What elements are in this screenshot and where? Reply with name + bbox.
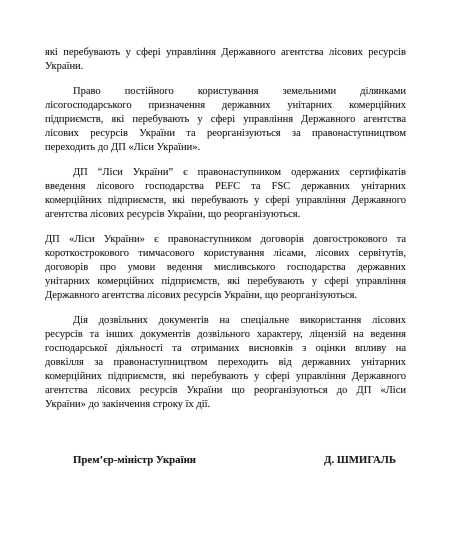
text-line: господарської діяльності та отриманих ви…	[45, 342, 406, 356]
paragraph: Дія дозвільних документів на спеціальне …	[45, 314, 406, 412]
paragraph: ДП “Ліси України” є правонаступником оде…	[45, 166, 406, 222]
text-line: договорів про умови ведення мисливського…	[45, 261, 406, 275]
text-line: ресурсів та інших документів дозвільного…	[45, 328, 406, 342]
text-line: комерційних підприємств, які перебувають…	[45, 194, 406, 208]
text-line: лісових ресурсів України та реорганізуют…	[45, 127, 406, 141]
signature-name: Д. ШМИГАЛЬ	[324, 453, 396, 467]
text-line: комерційних підприємств, які перебувають…	[45, 370, 406, 384]
text-line: введення лісового господарства PEFC та F…	[45, 180, 406, 194]
text-line: короткострокового тимчасового користуван…	[45, 247, 406, 261]
text-line: підприємств, які перебувають у сфері упр…	[45, 113, 406, 127]
text-line: унітарних комерційних підприємств, які п…	[45, 275, 406, 289]
text-line: агентства лісових ресурсів України, що р…	[45, 208, 406, 222]
text-line: Державного агентства лісових ресурсів Ук…	[45, 289, 406, 303]
text-line: агентства лісових ресурсів України що ре…	[45, 384, 406, 398]
text-line: Право постійного користування земельними…	[45, 85, 406, 99]
text-line: які перебувають у сфері управління Держа…	[45, 46, 406, 60]
document-body: які перебувають у сфері управління Держа…	[45, 46, 406, 412]
signature-title: Прем’єр-міністр України	[73, 453, 196, 467]
text-line: ДП “Ліси України” є правонаступником оде…	[45, 166, 406, 180]
text-line: ДП «Ліси України» є правонаступником дог…	[45, 233, 406, 247]
text-line: переходить до ДП «Ліси України».	[45, 141, 406, 155]
paragraph: які перебувають у сфері управління Держа…	[45, 46, 406, 74]
signature-row: Прем’єр-міністр України Д. ШМИГАЛЬ	[45, 453, 406, 467]
paragraph: Право постійного користування земельними…	[45, 85, 406, 155]
text-line: України» до закінчення строку їх дії.	[45, 398, 406, 412]
paragraph: ДП «Ліси України» є правонаступником дог…	[45, 233, 406, 303]
document-page: які перебувають у сфері управління Держа…	[0, 0, 452, 535]
text-line: довкілля за правонаступництвом переходит…	[45, 356, 406, 370]
text-line: України.	[45, 60, 406, 74]
text-line: Дія дозвільних документів на спеціальне …	[45, 314, 406, 328]
text-line: лісогосподарського призначення державних…	[45, 99, 406, 113]
